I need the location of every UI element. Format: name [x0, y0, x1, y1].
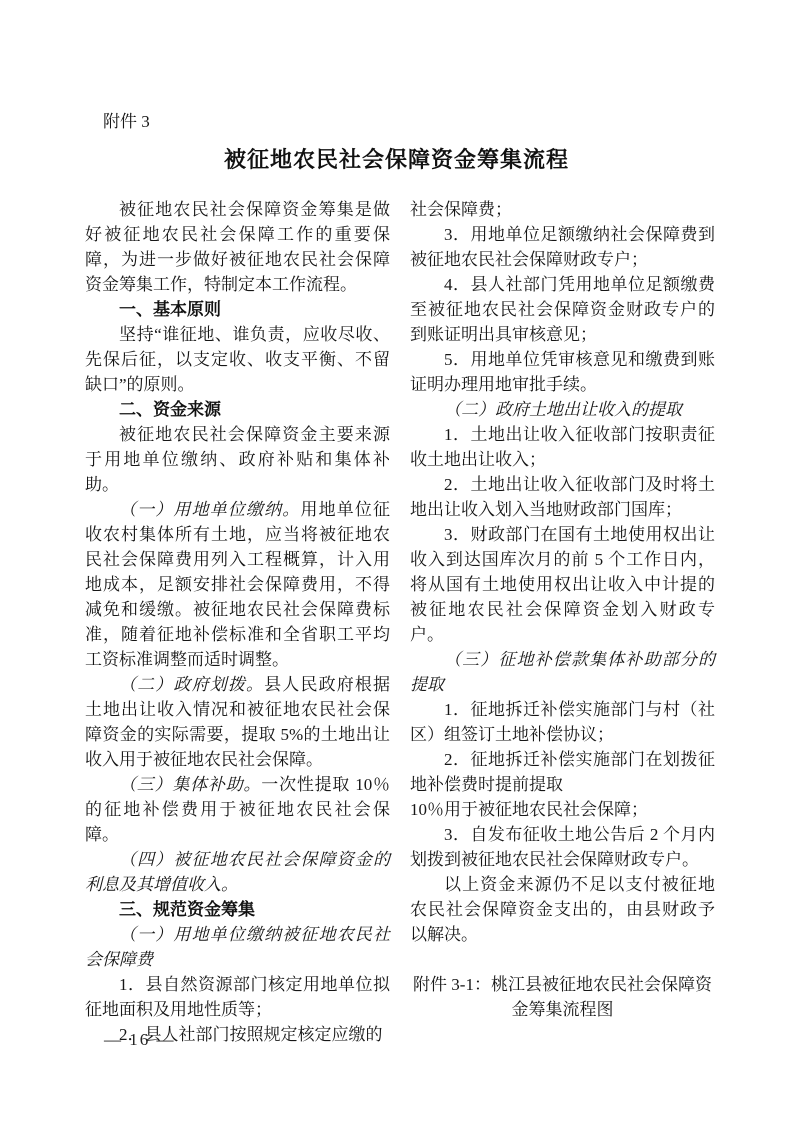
document-page: 附件 3 被征地农民社会保障资金筹集流程 被征地农民社会保障资金筹集是做好被征地… — [0, 0, 793, 1122]
paragraph: 3．自发布征收土地公告后 2 个月内划拨到被征地农民社会保障财政专户。 — [410, 822, 715, 872]
left-column: 被征地农民社会保障资金筹集是做好被征地农民社会保障工作的重要保障，为进一步做好被… — [85, 197, 390, 1047]
paragraph: 5．用地单位凭审核意见和缴费到账证明办理用地审批手续。 — [410, 347, 715, 397]
paragraph-lead: （三）集体补助。 — [119, 775, 261, 794]
paragraph: 以上资金来源仍不足以支付被征地农民社会保障资金支出的，由县财政予以解决。 — [410, 872, 715, 947]
page-number: — 16 — — [104, 1027, 176, 1052]
paragraph: 被征地农民社会保障资金主要来源于用地单位缴纳、政府补贴和集体补助。 — [85, 422, 390, 497]
two-column-body: 被征地农民社会保障资金筹集是做好被征地农民社会保障工作的重要保障，为进一步做好被… — [85, 197, 715, 1047]
paragraph: 3．财政部门在国有土地使用权出让收入到达国库次月的前 5 个工作日内，将从国有土… — [410, 522, 715, 647]
paragraph: （四）被征地农民社会保障资金的利息及其增值收入。 — [85, 847, 390, 897]
paragraph: （二）政府土地出让收入的提取 — [410, 397, 715, 422]
paragraph: 社会保障费； — [410, 197, 715, 222]
paragraph: （一）用地单位缴纳。用地单位征收农村集体所有土地，应当将被征地农民社会保障费用列… — [85, 497, 390, 672]
paragraph: （三）征地补偿款集体补助部分的提取 — [410, 647, 715, 697]
paragraph: 10％用于被征地农民社会保障； — [410, 797, 715, 822]
paragraph-lead: （一）用地单位缴纳。 — [119, 500, 300, 519]
paragraph: （三）集体补助。一次性提取 10％的征地补偿费用于被征地农民社会保障。 — [85, 772, 390, 847]
paragraph: 2．土地出让收入征收部门及时将土地出让收入划入当地财政部门国库； — [410, 472, 715, 522]
paragraph: 被征地农民社会保障资金筹集是做好被征地农民社会保障工作的重要保障，为进一步做好被… — [85, 197, 390, 297]
paragraph: 4．县人社部门凭用地单位足额缴费至被征地农民社会保障资金财政专户的到账证明出具审… — [410, 272, 715, 347]
section-heading: 一、基本原则 — [85, 297, 390, 322]
right-column: 社会保障费；3．用地单位足额缴纳社会保障费到被征地农民社会保障财政专户；4．县人… — [410, 197, 715, 1047]
paragraph-lead: （二）政府划拨。 — [119, 675, 264, 694]
paragraph: 2．征地拆迁补偿实施部门在划拨征地补偿费时提前提取 — [410, 747, 715, 797]
paragraph: 1．县自然资源部门核定用地单位拟征地面积及用地性质等； — [85, 972, 390, 1022]
section-heading: 二、资金来源 — [85, 397, 390, 422]
paragraph: 1．征地拆迁补偿实施部门与村（社区）组签订土地补偿协议； — [410, 697, 715, 747]
paragraph: （二）政府划拨。县人民政府根据土地出让收入情况和被征地农民社会保障资金的实际需要… — [85, 672, 390, 772]
section-heading: 三、规范资金筹集 — [85, 897, 390, 922]
paragraph: 附件 3-1：桃江县被征地农民社会保障资金筹集流程图 — [410, 972, 715, 1022]
page-title: 被征地农民社会保障资金筹集流程 — [0, 143, 793, 174]
paragraph: 3．用地单位足额缴纳社会保障费到被征地农民社会保障财政专户； — [410, 222, 715, 272]
paragraph: 坚持“谁征地、谁负责，应收尽收、先保后征，以支定收、收支平衡、不留缺口”的原则。 — [85, 322, 390, 397]
attachment-label: 附件 3 — [103, 109, 150, 134]
paragraph: （一）用地单位缴纳被征地农民社会保障费 — [85, 922, 390, 972]
paragraph: 1．土地出让收入征收部门按职责征收土地出让收入； — [410, 422, 715, 472]
